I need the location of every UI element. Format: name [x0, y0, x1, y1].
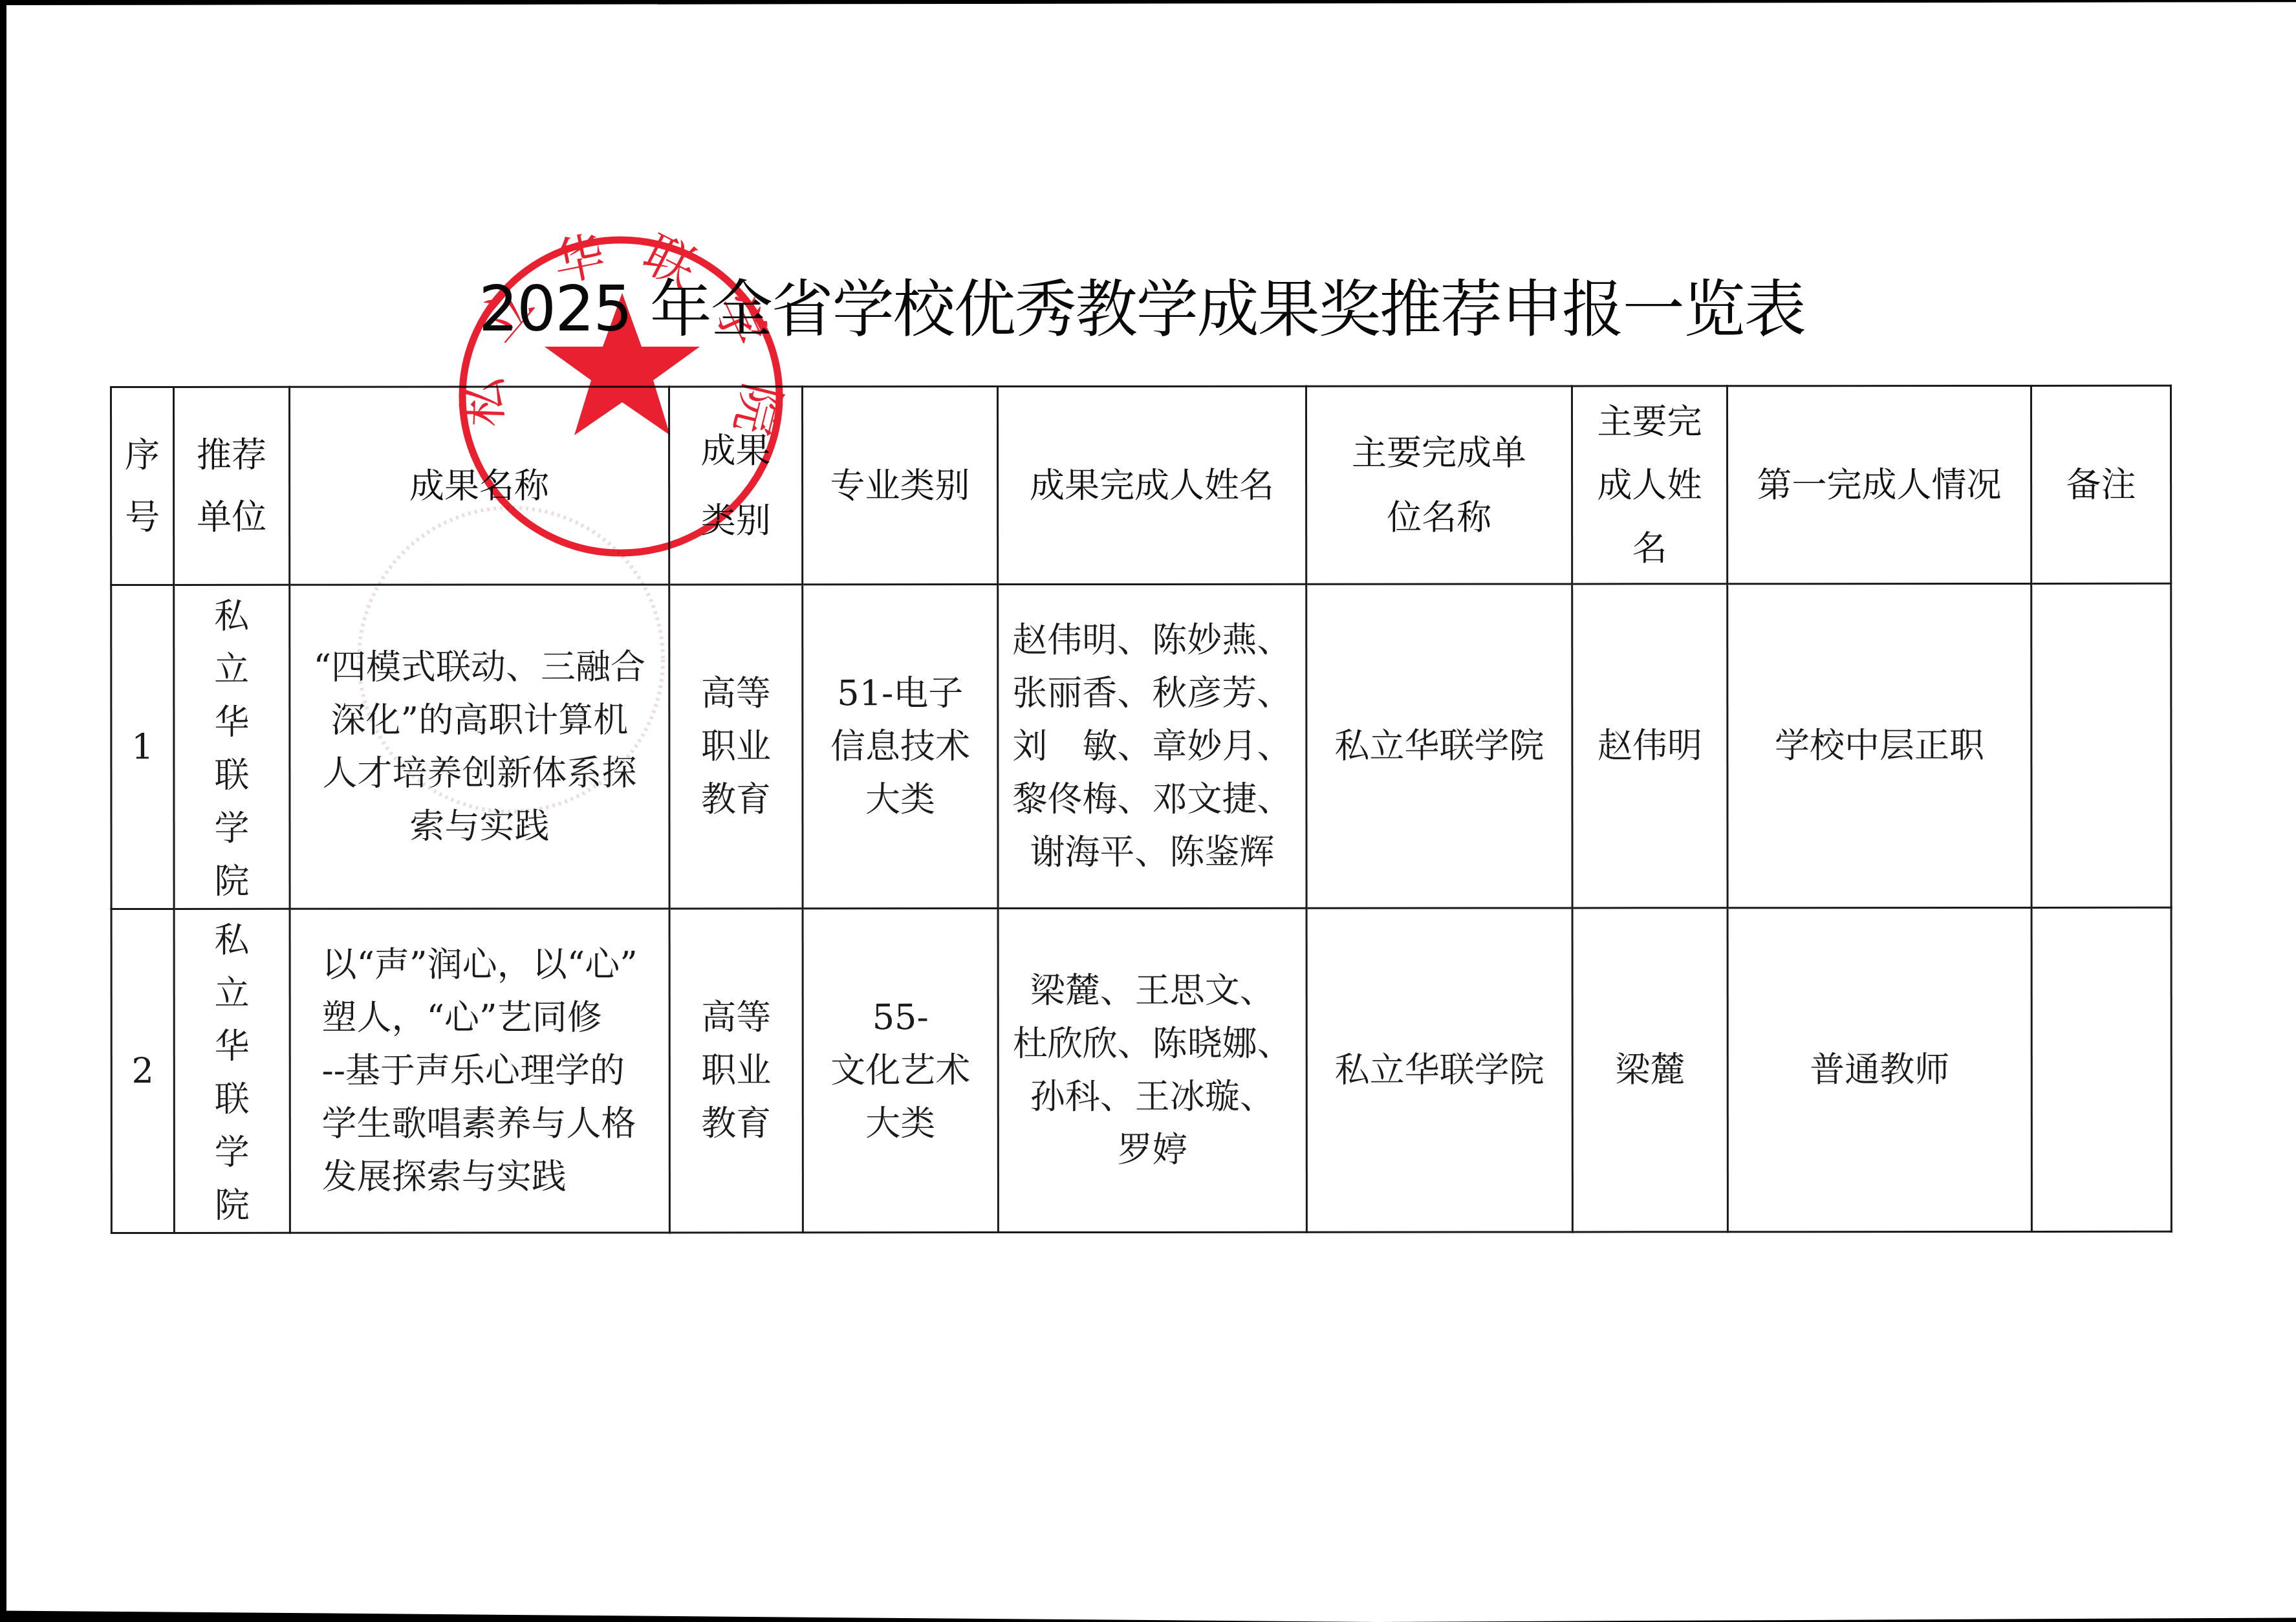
cell-first-person-status: 普通教师: [1727, 907, 2031, 1231]
cell-recommending-unit: 私立华联学院: [174, 909, 290, 1233]
cell-contributors: 赵伟明、陈妙燕、 张丽香、秋彦芳、 刘 敏、章妙月、 黎佟梅、邓文捷、 谢海平、…: [998, 584, 1306, 908]
cell-main-unit: 私立华联学院: [1306, 584, 1572, 908]
cell-achievement-name: “四模式联动、三融合 深化”的高职计算机 人才培养创新体系探 索与实践: [290, 585, 669, 909]
cell-recommending-unit: 私立华联学院: [174, 585, 290, 909]
cell-remarks: [2031, 583, 2171, 907]
cell-main-person: 梁麓: [1572, 908, 1727, 1232]
header-achievement-category: 成果类别: [669, 387, 803, 585]
cell-first-person-status: 学校中层正职: [1727, 583, 2031, 907]
table-row: 1 私立华联学院 “四模式联动、三融合 深化”的高职计算机 人才培养创新体系探 …: [111, 583, 2171, 909]
cell-main-unit: 私立华联学院: [1306, 908, 1572, 1232]
cell-major-category: 55- 文化艺术 大类: [803, 909, 998, 1233]
recommendation-table: 序号 推荐单位 成果名称 成果类别 专业类别 成果完成人姓名 主要完成单位名称 …: [110, 385, 2172, 1234]
header-major-category: 专业类别: [803, 387, 998, 585]
table-header-row: 序号 推荐单位 成果名称 成果类别 专业类别 成果完成人姓名 主要完成单位名称 …: [111, 385, 2171, 585]
cell-achievement-category: 高等 职业 教育: [669, 909, 803, 1233]
header-contributors: 成果完成人姓名: [998, 386, 1306, 584]
cell-index: 1: [111, 585, 174, 909]
scan-border-bottom: [0, 1608, 2296, 1622]
cell-major-category: 51-电子 信息技术 大类: [803, 585, 998, 909]
table-row: 2 私立华联学院 以“声”润心，以“心” 塑人，“心”艺同修 --基于声乐心理学…: [111, 907, 2171, 1233]
cell-achievement-name: 以“声”润心，以“心” 塑人，“心”艺同修 --基于声乐心理学的 学生歌唱素养与…: [290, 909, 669, 1233]
cell-remarks: [2031, 907, 2171, 1231]
page-title: 2025 年全省学校优秀教学成果奖推荐申报一览表: [479, 270, 1824, 348]
cell-index: 2: [111, 909, 174, 1233]
cell-achievement-category: 高等 职业 教育: [669, 585, 803, 909]
cell-main-person: 赵伟明: [1572, 584, 1727, 908]
header-achievement-name: 成果名称: [290, 387, 669, 585]
cell-contributors: 梁麓、王思文、 杜欣欣、陈晓娜、 孙科、王冰璇、 罗婷: [998, 908, 1306, 1232]
scan-border-top: [0, 0, 2296, 5]
header-remarks: 备注: [2031, 385, 2171, 583]
header-first-person-status: 第一完成人情况: [1727, 385, 2031, 583]
header-main-person: 主要完成人姓名: [1572, 386, 1727, 584]
header-recommending-unit: 推荐单位: [174, 387, 290, 585]
scan-border-left: [0, 0, 6, 1622]
header-index: 序号: [111, 387, 174, 585]
header-main-unit: 主要完成单位名称: [1306, 386, 1572, 584]
